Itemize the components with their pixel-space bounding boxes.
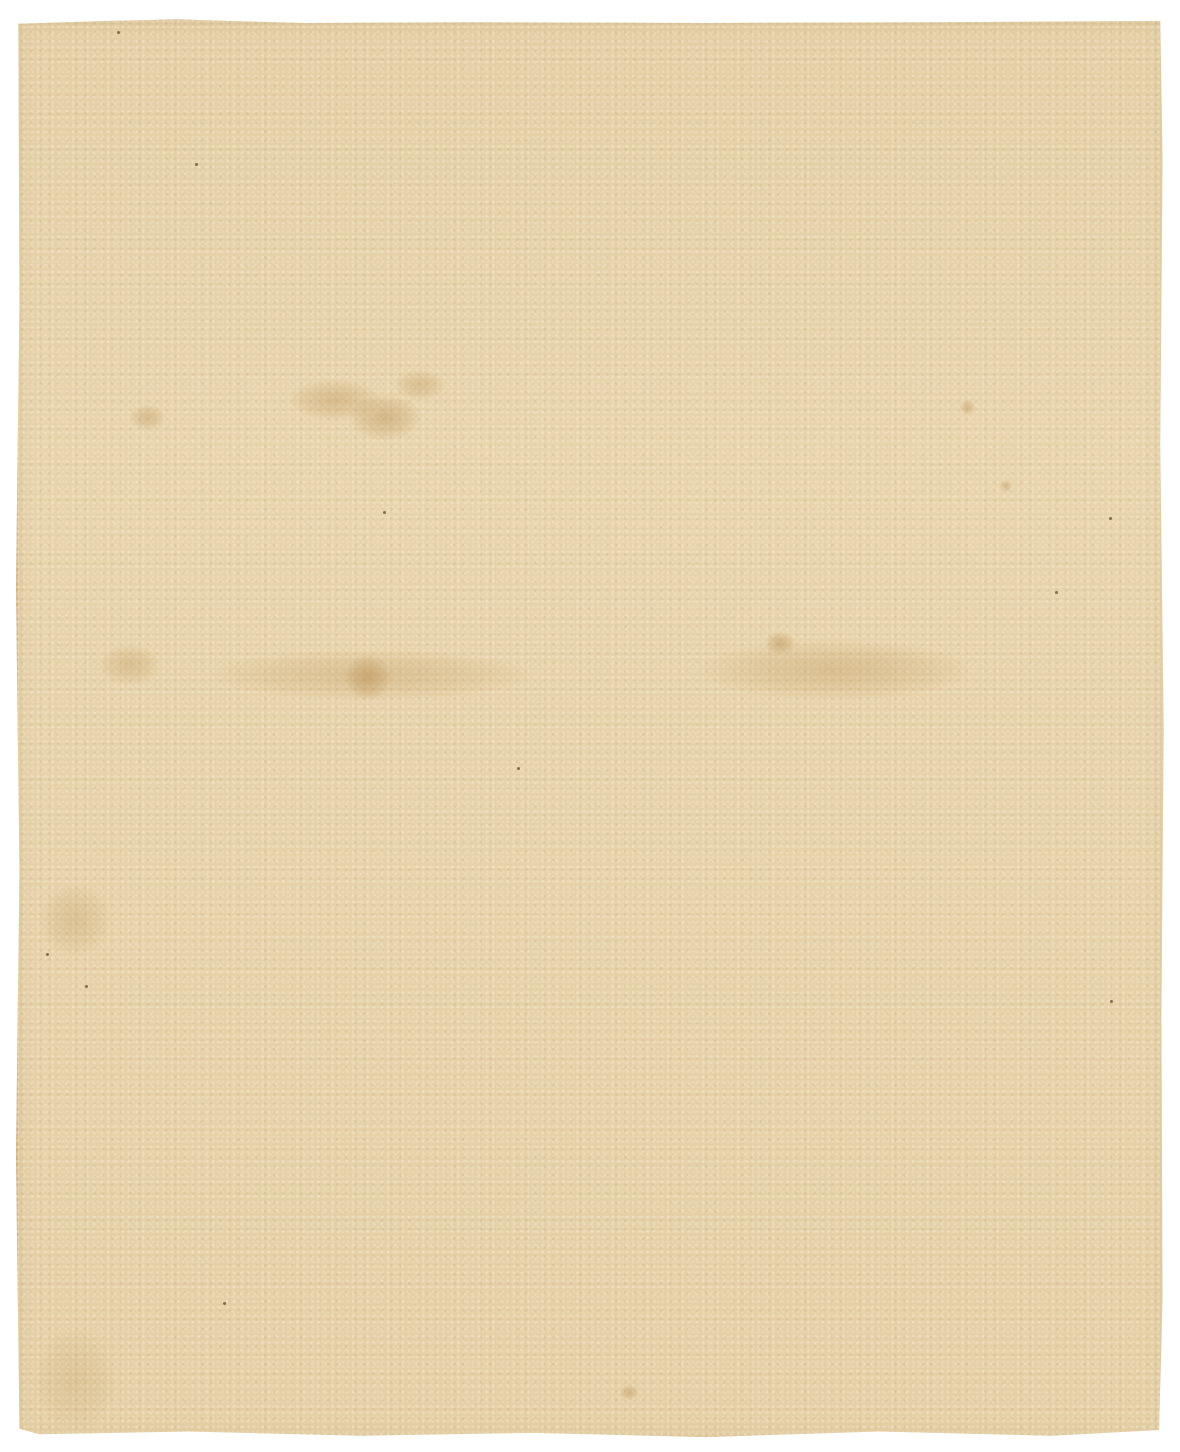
paper-speck [223, 1302, 226, 1305]
image-stage [0, 0, 1180, 1452]
paper-speck [195, 163, 198, 166]
paper-speck [517, 767, 520, 770]
paper-speck [46, 953, 49, 956]
paper-speck [1109, 517, 1112, 520]
paper-speck [117, 31, 120, 34]
paper-speck [85, 985, 88, 988]
paper-speck [383, 511, 386, 514]
paper-speck [1110, 1000, 1113, 1003]
paper-grain-texture [16, 18, 1166, 1440]
paper-speck [1055, 591, 1058, 594]
aged-paper-sheet [16, 18, 1166, 1440]
